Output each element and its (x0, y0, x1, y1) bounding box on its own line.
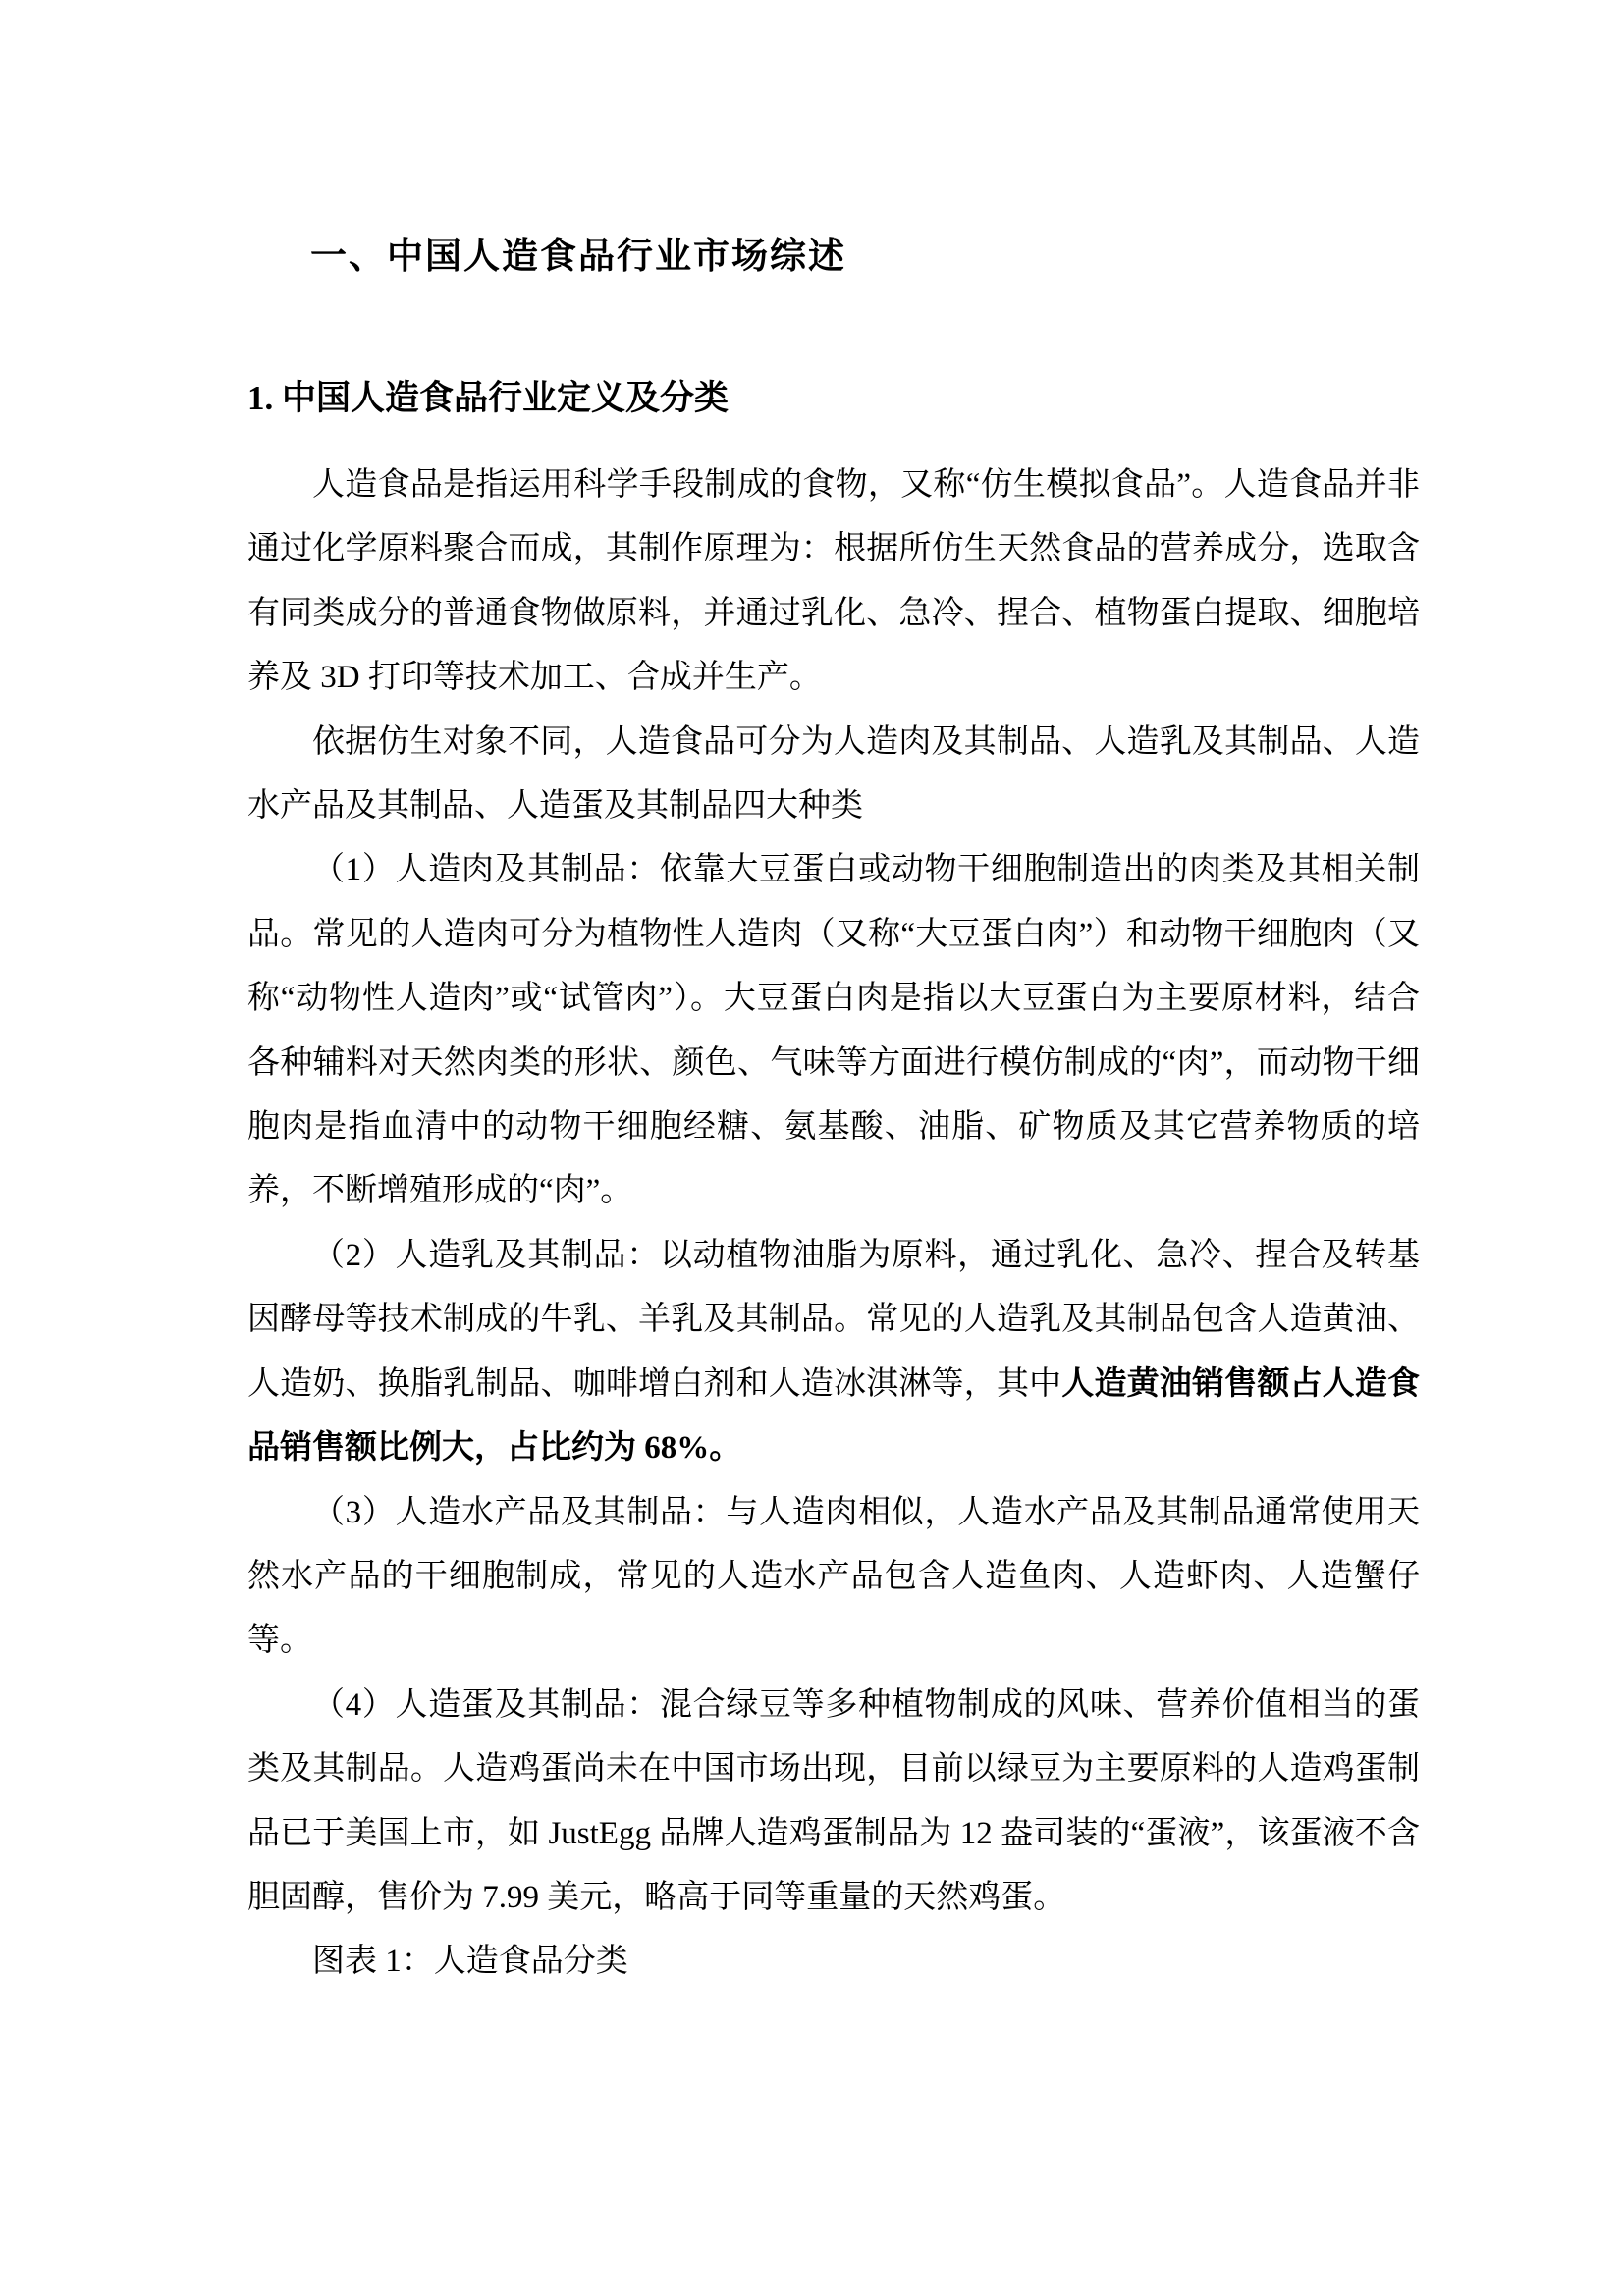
paragraph-categories-text: 依据仿生对象不同，人造食品可分为人造肉及其制品、人造乳及其制品、人造水产品及其制… (247, 724, 1420, 824)
paragraph-artificial-meat: （1）人造肉及其制品：依靠大豆蛋白或动物干细胞制造出的肉类及其相关制品。常见的人… (247, 838, 1420, 1223)
paragraph-artificial-seafood-text: （3）人造水产品及其制品：与人造肉相似，人造水产品及其制品通常使用天然水产品的干… (247, 1495, 1420, 1659)
document-page: 一、中国人造食品行业市场综述 1. 中国人造食品行业定义及分类 人造食品是指运用… (0, 0, 1623, 2296)
chapter-title: 一、中国人造食品行业市场综述 (310, 226, 846, 279)
paragraph-artificial-egg-text: （4）人造蛋及其制品：混合绿豆等多种植物制成的风味、营养价值相当的蛋类及其制品。… (247, 1687, 1420, 1915)
paragraph-definition-text: 人造食品是指运用科学手段制成的食物，又称“仿生模拟食品”。人造食品并非通过化学原… (247, 467, 1420, 695)
paragraph-artificial-egg: （4）人造蛋及其制品：混合绿豆等多种植物制成的风味、营养价值相当的蛋类及其制品。… (247, 1674, 1420, 1931)
paragraph-artificial-dairy: （2）人造乳及其制品：以动植物油脂为原料，通过乳化、急冷、捏合及转基因酵母等技术… (247, 1224, 1420, 1481)
document-body: 人造食品是指运用科学手段制成的食物，又称“仿生模拟食品”。人造食品并非通过化学原… (247, 454, 1420, 1995)
paragraph-artificial-meat-text: （1）人造肉及其制品：依靠大豆蛋白或动物干细胞制造出的肉类及其相关制品。常见的人… (247, 852, 1420, 1208)
paragraph-definition: 人造食品是指运用科学手段制成的食物，又称“仿生模拟食品”。人造食品并非通过化学原… (247, 454, 1420, 711)
section-heading: 1. 中国人造食品行业定义及分类 (247, 371, 729, 420)
figure-caption: 图表 1：人造食品分类 (247, 1930, 1420, 1994)
paragraph-artificial-seafood: （3）人造水产品及其制品：与人造肉相似，人造水产品及其制品通常使用天然水产品的干… (247, 1481, 1420, 1674)
paragraph-categories: 依据仿生对象不同，人造食品可分为人造肉及其制品、人造乳及其制品、人造水产品及其制… (247, 711, 1420, 839)
